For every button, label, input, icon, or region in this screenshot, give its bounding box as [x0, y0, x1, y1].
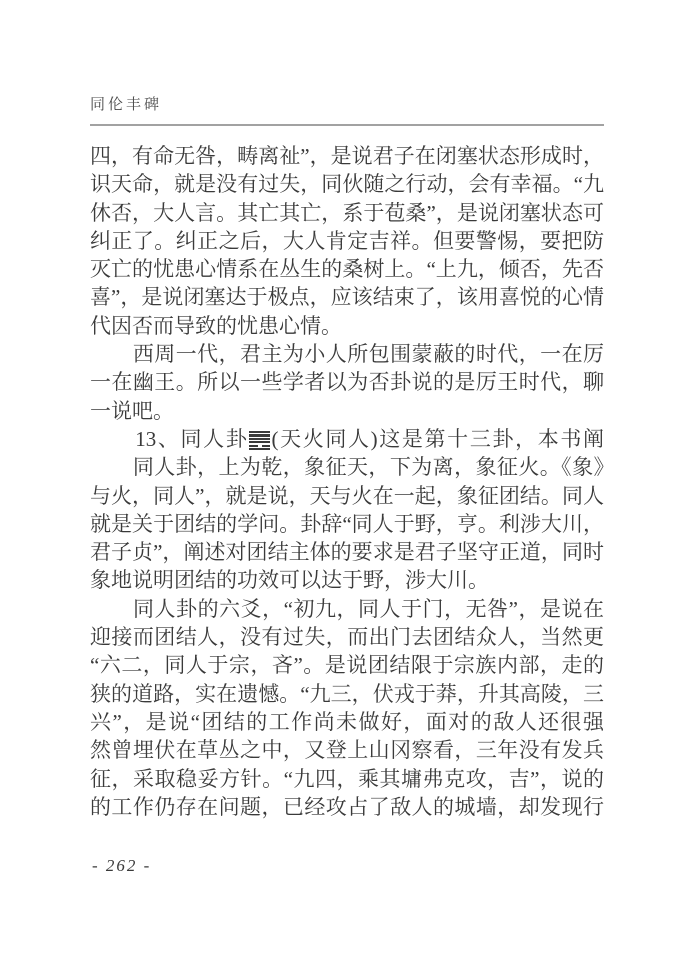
hexagram-13-tongren-icon	[249, 431, 270, 452]
text-line: 的工作仍存在问题，已经攻占了敌人的城墙，却发现行为	[90, 793, 604, 821]
text-line: 纠正了。纠正之后，大人肯定吉祥。但要警惕，要把防止	[90, 227, 604, 255]
text-line: 兴”，是说“团结的工作尚未做好，面对的敌人还很强大，虽	[90, 708, 604, 736]
text-line: 四，有命无咎，畴离祉”，是说君子在闭塞状态形成时，要认	[90, 142, 604, 170]
text-line: 象地说明团结的功效可以达于野，涉大川。	[90, 566, 604, 594]
text-line: 同人卦，上为乾，象征天，下为离，象征火。《象》曰：“天	[90, 453, 604, 481]
text-line: 识天命，就是没有过失，同伙随之行动，会有幸福。“九五，	[90, 170, 604, 198]
book-page: 同伦丰碑 四，有命无咎，畴离祉”，是说君子在闭塞状态形成时，要认识天命，就是没有…	[0, 0, 692, 968]
text-line: 与火，同人”，就是说，天与火在一起，象征团结。同人卦，	[90, 482, 604, 510]
text-line: 西周一代，君主为小人所包围蒙蔽的时代，一在厉王，	[90, 340, 604, 368]
text-line: 灭亡的忧患心情系在丛生的桑树上。“上九，倾否，先否后	[90, 255, 604, 283]
text-line: 君子贞”，阐述对团结主体的要求是君子坚守正道，同时形	[90, 538, 604, 566]
text-line: 征，采取稳妥方针。“九四，乘其墉弗克攻，吉”，说的是团结	[90, 765, 604, 793]
text-line: 喜”，是说闭塞达于极点，应该结束了，该用喜悦的心情取	[90, 283, 604, 311]
text-line: 然曾埋伏在草丛之中，又登上山冈察看，三年没有发兵出	[90, 736, 604, 764]
text-line: 同人卦的六爻，“初九，同人于门，无咎”，是说在门口	[90, 595, 604, 623]
text-line: “六二，同人于宗，吝”。是说团结限于宗族内部，走的是褊	[90, 651, 604, 679]
text-line: 休否，大人言。其亡其亡，系于苞桑”，是说闭塞状态可以	[90, 199, 604, 227]
text-line: 就是关于团结的学问。卦辞“同人于野，亨。利涉大川，利	[90, 510, 604, 538]
text-line: 代因否而导致的忧患心情。	[90, 312, 604, 340]
text-line: 迎接而团结人，没有过失，而出门去团结众人，当然更好。	[90, 623, 604, 651]
text-line: 一在幽王。所以一些学者以为否卦说的是厉王时代，聊备	[90, 368, 604, 396]
text-line: 一说吧。	[90, 397, 604, 425]
page-number: - 262 -	[92, 856, 151, 876]
text-run: 13、同人卦	[90, 427, 248, 451]
body-text-block: 四，有命无咎，畴离祉”，是说君子在闭塞状态形成时，要认识天命，就是没有过失，同伙…	[90, 142, 604, 821]
text-line: 13、同人卦(天火同人)这是第十三卦，本书阐解。	[90, 425, 604, 453]
text-line: 狭的道路，实在遗憾。“九三，伏戎于莽，升其高陵，三岁不	[90, 680, 604, 708]
running-head: 同伦丰碑	[90, 96, 604, 126]
